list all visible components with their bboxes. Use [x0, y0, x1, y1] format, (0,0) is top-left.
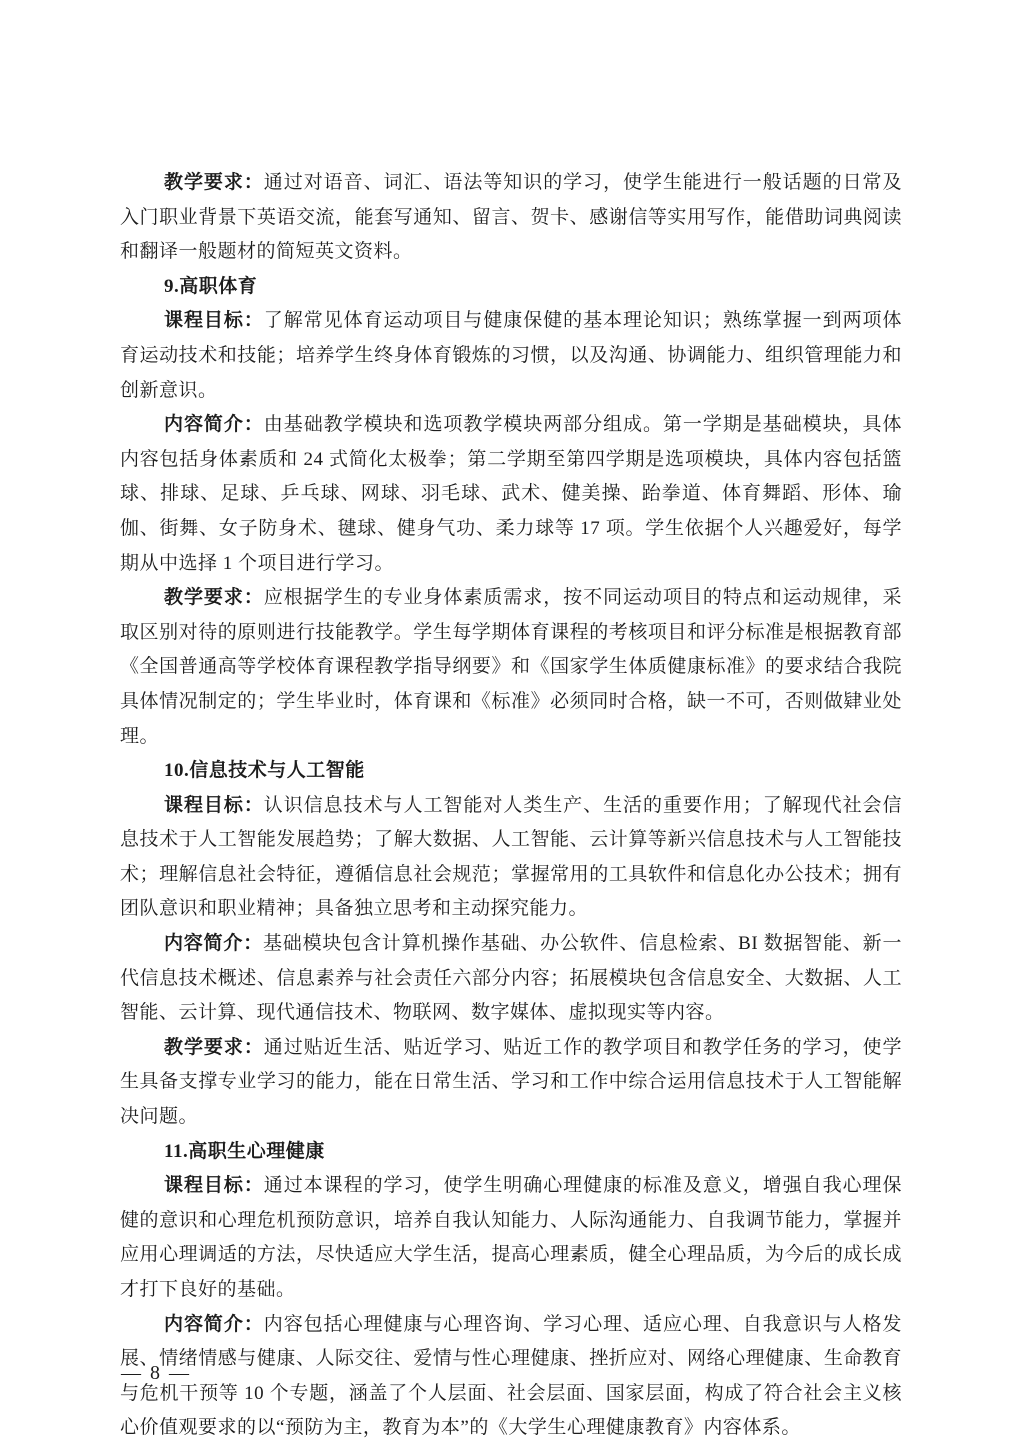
paragraph-content-intro-pe: 内容简介：由基础教学模块和选项教学模块两部分组成。第一学期是基础模块，具体内容包…	[120, 408, 902, 581]
page-number: — 8 —	[121, 1358, 191, 1388]
section-heading-9-pe: 9.高职体育	[120, 270, 902, 305]
paragraph-label: 教学要求：	[164, 587, 264, 608]
document-page: 教学要求：通过对语音、词汇、语法等知识的学习，使学生能进行一般话题的日常及入门职…	[0, 0, 1024, 1448]
section-heading-10-it-ai: 10.信息技术与人工智能	[120, 754, 902, 789]
paragraph-course-goal-mental: 课程目标：通过本课程的学习，使学生明确心理健康的标准及意义，增强自我心理保健的意…	[120, 1169, 902, 1307]
paragraph-content-intro-it: 内容简介：基础模块包含计算机操作基础、办公软件、信息检索、BI 数据智能、新一代…	[120, 927, 902, 1031]
paragraph-teaching-req-pe: 教学要求：应根据学生的专业身体素质需求，按不同运动项目的特点和运动规律，采取区别…	[120, 581, 902, 754]
paragraph-course-goal-pe: 课程目标：了解常见体育运动项目与健康保健的基本理论知识；熟练掌握一到两项体育运动…	[120, 304, 902, 408]
paragraph-text: 应根据学生的专业身体素质需求，按不同运动项目的特点和运动规律，采取区别对待的原则…	[120, 587, 902, 746]
paragraph-teaching-req-it: 教学要求：通过贴近生活、贴近学习、贴近工作的教学项目和教学任务的学习，使学生具备…	[120, 1031, 902, 1135]
paragraph-label: 内容简介：	[164, 414, 264, 435]
paragraph-label: 内容简介：	[164, 1314, 264, 1335]
paragraph-label: 教学要求：	[164, 1037, 264, 1058]
paragraph-label: 内容简介：	[164, 933, 263, 954]
paragraph-text: 由基础教学模块和选项教学模块两部分组成。第一学期是基础模块，具体内容包括身体素质…	[120, 414, 902, 573]
paragraph-label: 课程目标：	[164, 310, 264, 331]
section-heading-11-mental-health: 11.高职生心理健康	[120, 1135, 902, 1170]
paragraph-label: 教学要求：	[164, 172, 264, 193]
paragraph-content-intro-mental: 内容简介：内容包括心理健康与心理咨询、学习心理、适应心理、自我意识与人格发展、情…	[120, 1308, 902, 1446]
document-body: 教学要求：通过对语音、词汇、语法等知识的学习，使学生能进行一般话题的日常及入门职…	[120, 166, 902, 1446]
paragraph-teaching-req-english: 教学要求：通过对语音、词汇、语法等知识的学习，使学生能进行一般话题的日常及入门职…	[120, 166, 902, 270]
paragraph-course-goal-it: 课程目标：认识信息技术与人工智能对人类生产、生活的重要作用；了解现代社会信息技术…	[120, 789, 902, 927]
paragraph-label: 课程目标：	[164, 795, 264, 816]
paragraph-label: 课程目标：	[164, 1175, 264, 1196]
